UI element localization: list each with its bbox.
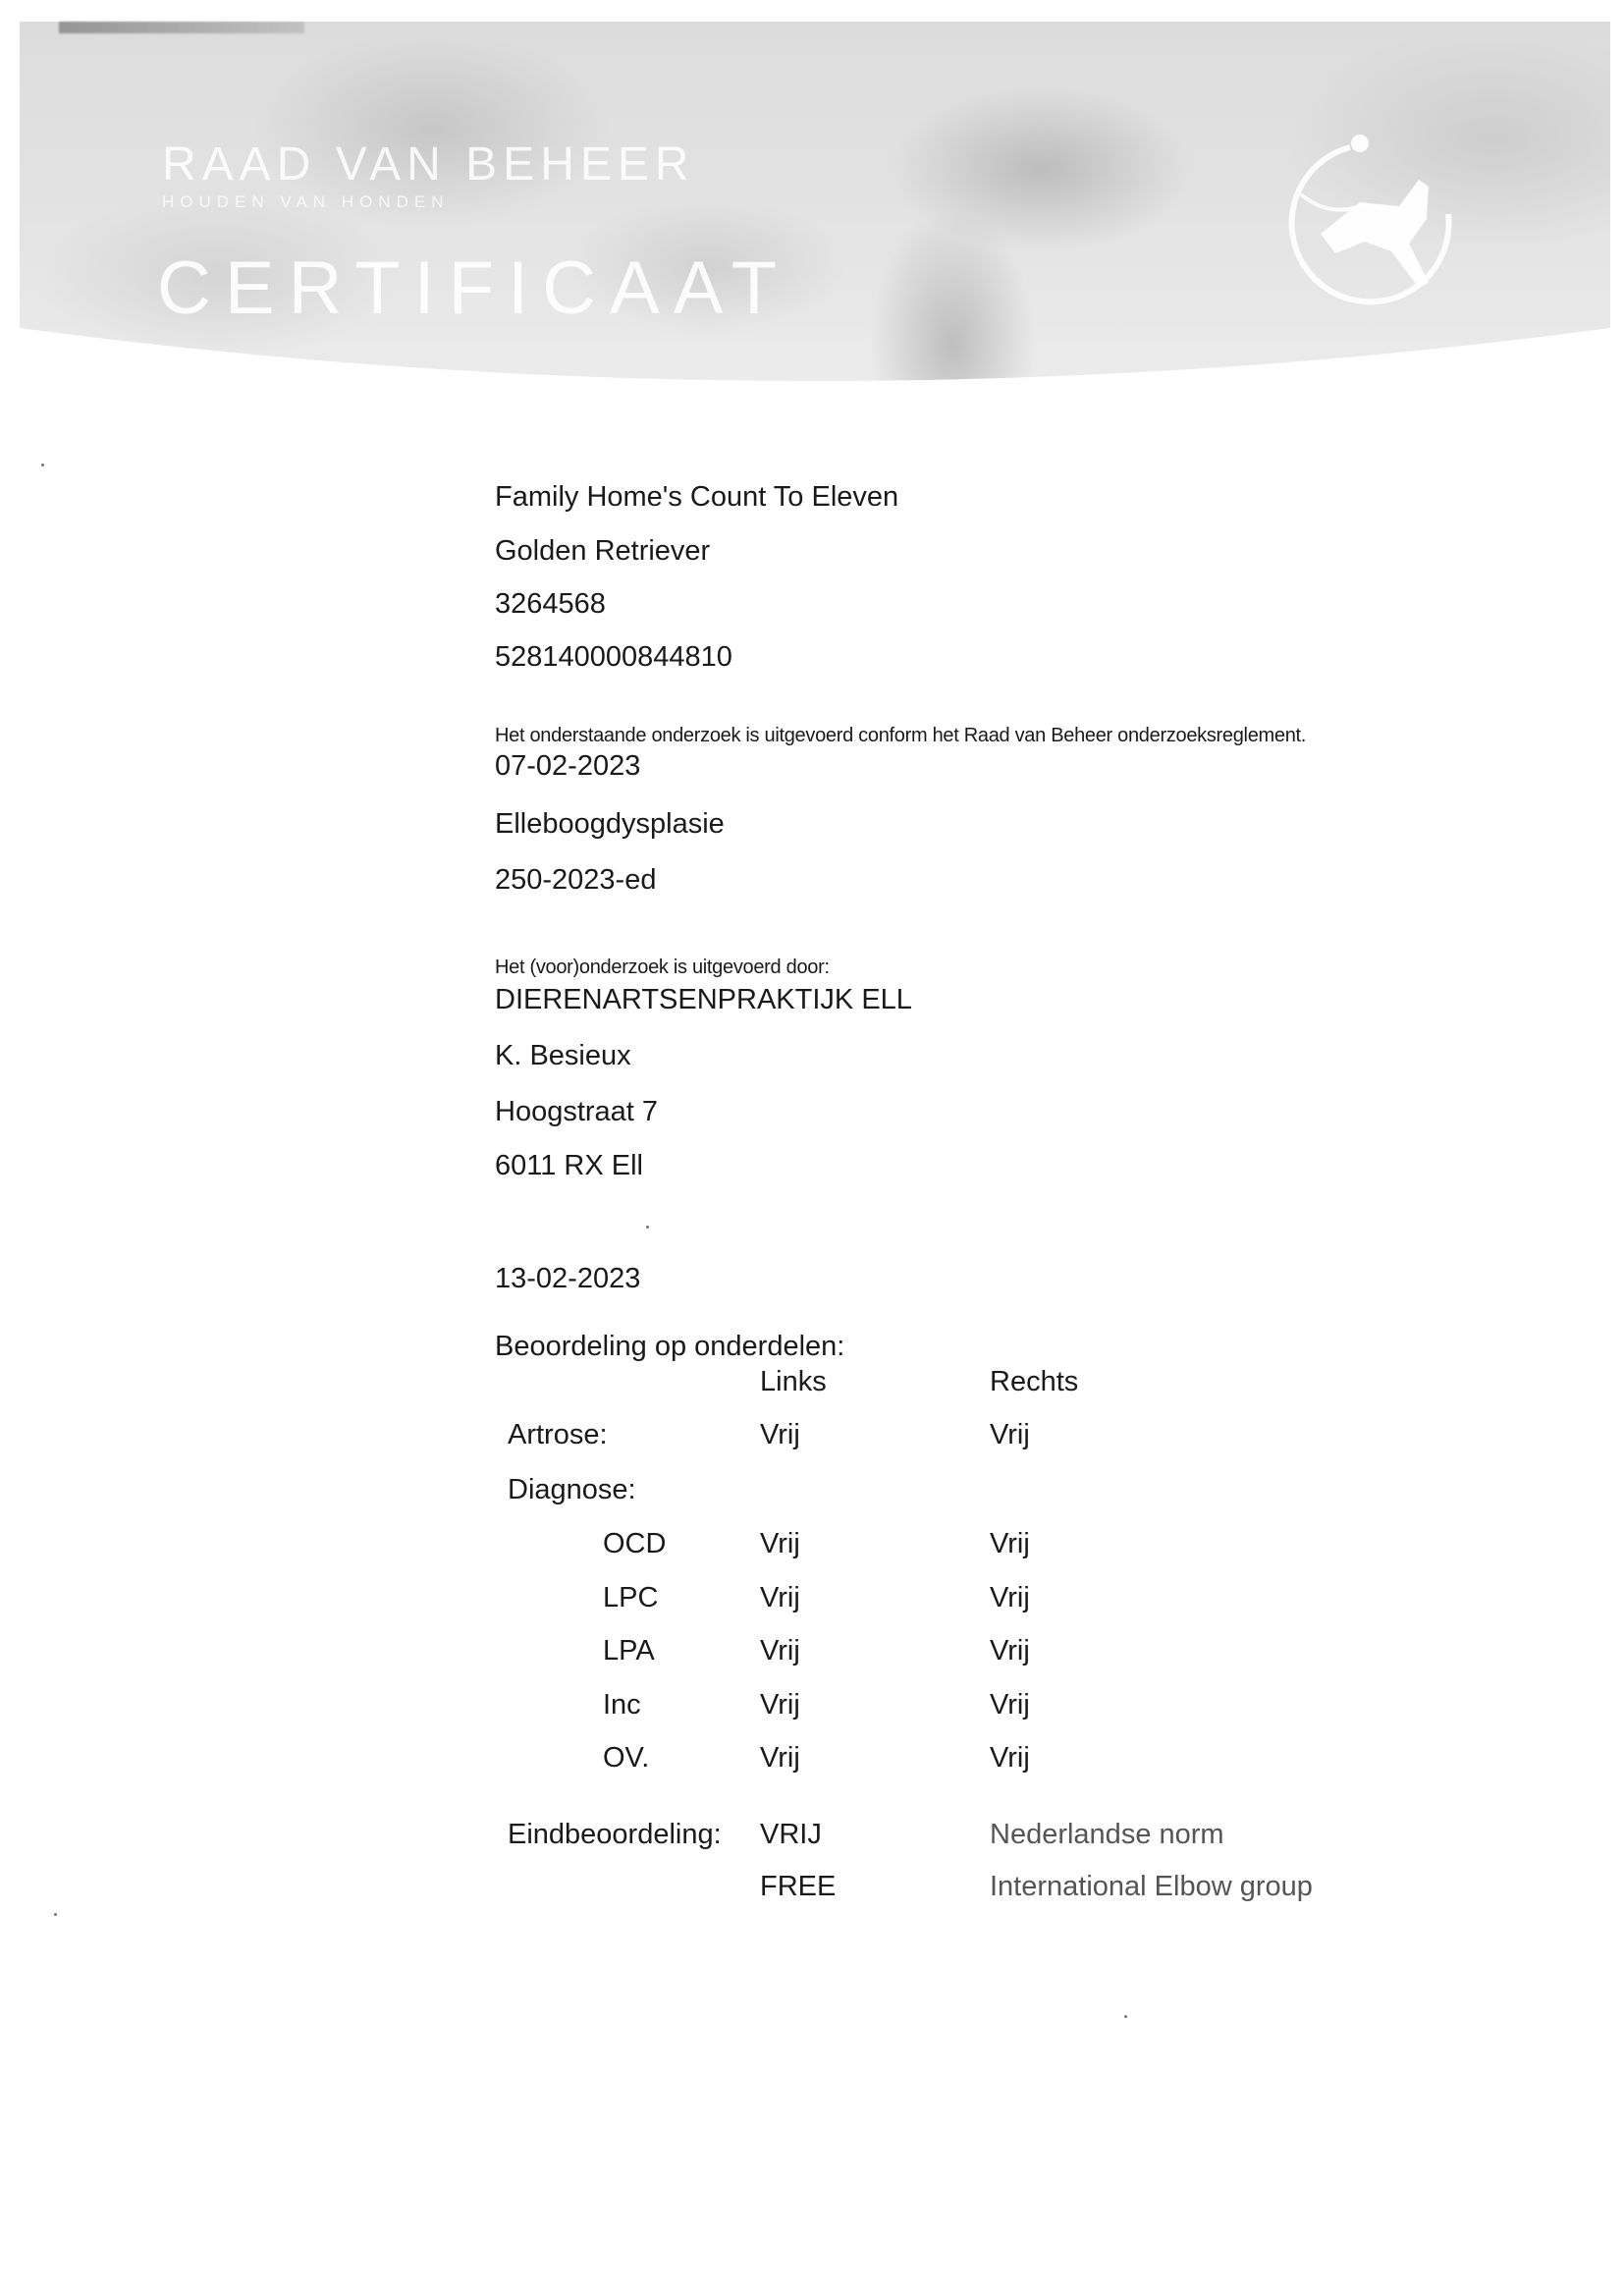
diagnosis-label: LPC bbox=[603, 1582, 658, 1614]
scan-speck bbox=[1124, 2015, 1127, 2018]
examination-statement: Het onderstaande onderzoek is uitgevoerd… bbox=[495, 725, 1306, 747]
examiner-practice: DIERENARTSENPRAKTIJK ELL bbox=[495, 984, 912, 1016]
certificate-title: CERTIFICAAT bbox=[157, 246, 790, 331]
diagnosis-label: LPA bbox=[603, 1635, 655, 1667]
examiner-postal-city: 6011 RX Ell bbox=[495, 1150, 643, 1182]
examination-date: 07-02-2023 bbox=[495, 750, 640, 783]
final-norm-dutch: Nederlandse norm bbox=[990, 1819, 1224, 1851]
registration-number: 3264568 bbox=[495, 588, 606, 621]
diagnosis-left: Vrij bbox=[760, 1742, 800, 1775]
final-norm-international: International Elbow group bbox=[990, 1871, 1313, 1903]
diagnosis-right: Vrij bbox=[990, 1689, 1030, 1722]
diagnosis-label: Inc bbox=[603, 1689, 641, 1722]
assessment-heading: Beoordeling op onderdelen: bbox=[495, 1331, 844, 1363]
examination-reference: 250-2023-ed bbox=[495, 864, 656, 897]
scan-speck bbox=[41, 464, 44, 466]
column-header-left: Links bbox=[760, 1366, 827, 1398]
running-dog-logo-icon bbox=[1281, 126, 1468, 322]
diagnosis-label: OV. bbox=[603, 1742, 649, 1775]
dog-name: Family Home's Count To Eleven bbox=[495, 481, 898, 514]
diagnosis-right: Vrij bbox=[990, 1528, 1030, 1560]
scan-speck bbox=[54, 1913, 57, 1916]
diagnose-label: Diagnose: bbox=[508, 1474, 636, 1506]
diagnosis-right: Vrij bbox=[990, 1582, 1030, 1614]
chip-number: 528140000844810 bbox=[495, 641, 732, 674]
diagnosis-left: Vrij bbox=[760, 1635, 800, 1667]
artrose-left: Vrij bbox=[760, 1419, 800, 1451]
examination-type: Elleboogdysplasie bbox=[495, 808, 725, 841]
scan-artifact bbox=[59, 22, 304, 33]
diagnosis-label: OCD bbox=[603, 1528, 666, 1560]
diagnosis-left: Vrij bbox=[760, 1689, 800, 1722]
diagnosis-right: Vrij bbox=[990, 1742, 1030, 1775]
examiner-veterinarian: K. Besieux bbox=[495, 1040, 631, 1072]
examiner-statement: Het (voor)onderzoek is uitgevoerd door: bbox=[495, 957, 830, 979]
dog-breed: Golden Retriever bbox=[495, 535, 710, 568]
assessment-date: 13-02-2023 bbox=[495, 1263, 640, 1295]
organization-tagline: HOUDEN VAN HONDEN bbox=[162, 192, 449, 212]
final-assessment-label: Eindbeoordeling: bbox=[508, 1819, 722, 1851]
final-result-international: FREE bbox=[760, 1871, 836, 1903]
artrose-label: Artrose: bbox=[508, 1419, 608, 1451]
diagnosis-left: Vrij bbox=[760, 1528, 800, 1560]
diagnosis-left: Vrij bbox=[760, 1582, 800, 1614]
final-result-dutch: VRIJ bbox=[760, 1819, 822, 1851]
examiner-street: Hoogstraat 7 bbox=[495, 1096, 658, 1128]
scan-speck bbox=[646, 1226, 649, 1229]
organization-name: RAAD VAN BEHEER bbox=[162, 137, 695, 191]
diagnosis-right: Vrij bbox=[990, 1635, 1030, 1667]
column-header-right: Rechts bbox=[990, 1366, 1078, 1398]
artrose-right: Vrij bbox=[990, 1419, 1030, 1451]
